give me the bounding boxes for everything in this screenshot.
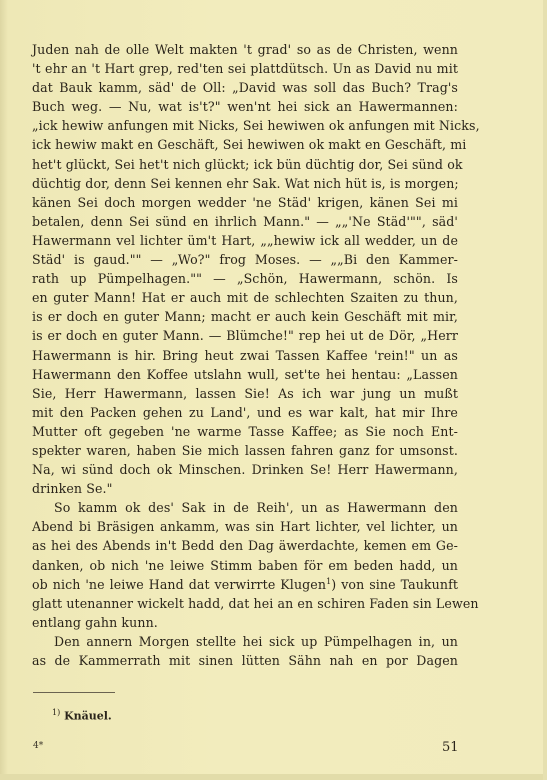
- text-line: Hawermann vel lichter üm't Hart, „„hewiw…: [32, 231, 458, 250]
- text-line: Mutter oft gegeben 'ne warme Tasse Kaffe…: [32, 422, 458, 441]
- text-line: is er doch en guter Mann. — Blümche!" re…: [32, 326, 458, 345]
- text-line: ick hewiw makt en Geschäft, Sei hewiwen …: [32, 135, 458, 154]
- footnote: 1) Knäuel.: [52, 708, 112, 723]
- text-line: is er doch en guter Mann; macht er auch …: [32, 307, 458, 326]
- body-text: Juden nah de olle Welt makten 't grad' s…: [32, 40, 458, 670]
- text-line: spekter waren, haben Sie mich lassen fah…: [32, 441, 458, 460]
- footnote-divider: [33, 692, 115, 693]
- text-line: het't glückt, Sei het't nich glückt; ick…: [32, 155, 458, 174]
- page-edge: [0, 774, 547, 780]
- text-line-head: ob nich 'ne leiwe Hand dat verwirrte Klu…: [32, 577, 326, 592]
- footnote-marker: 1): [52, 708, 60, 717]
- text-line: rath up Pümpelhagen."" — „Schön, Hawerma…: [32, 269, 458, 288]
- text-line: Städ' is gaud."" — „Wo?" frog Moses. — „…: [32, 250, 458, 269]
- text-line: Hawermann is hir. Bring heut zwai Tassen…: [32, 346, 458, 365]
- text-line: as hei des Abends in't Bedd den Dag äwer…: [32, 536, 458, 555]
- text-line: Den annern Morgen stellte hei sick up Pü…: [32, 632, 458, 651]
- text-line: Na, wi sünd doch ok Minschen. Drinken Se…: [32, 460, 458, 479]
- text-line: glatt utenanner wickelt hadd, dat hei an…: [32, 594, 458, 613]
- text-line: düchtig dor, denn Sei kennen ehr Sak. Wa…: [32, 174, 458, 193]
- text-line-tail: ) von sine Taukunft: [331, 577, 458, 592]
- text-line: Buch weg. — Nu, wat is't?" wen'nt hei si…: [32, 97, 458, 116]
- text-line: Abend bi Bräsigen ankamm, was sin Hart l…: [32, 517, 458, 536]
- text-line: drinken Se.": [32, 479, 458, 498]
- page-number: 51: [442, 740, 459, 755]
- text-line: So kamm ok des' Sak in de Reih', un as H…: [32, 498, 458, 517]
- text-line: entlang gahn kunn.: [32, 613, 458, 632]
- footnote-text: Knäuel.: [64, 710, 112, 723]
- text-line: betalen, denn Sei sünd en ihrlich Mann."…: [32, 212, 458, 231]
- text-line: „ick hewiw anfungen mit Nicks, Sei hewiw…: [32, 116, 458, 135]
- text-line: as de Kammerrath mit sinen lütten Sähn n…: [32, 651, 458, 670]
- text-line-with-footnote-ref: ob nich 'ne leiwe Hand dat verwirrte Klu…: [32, 575, 458, 594]
- text-line: dat Bauk kamm, säd' de Oll: „David was s…: [32, 78, 458, 97]
- text-line: en guter Mann! Hat er auch mit de schlec…: [32, 288, 458, 307]
- printer-signature-mark: 4*: [33, 741, 43, 751]
- text-line: Sie, Herr Hawermann, lassen Sie! As ich …: [32, 384, 458, 403]
- text-line: danken, ob nich 'ne leiwe Stimm baben fö…: [32, 556, 458, 575]
- text-line: mit den Packen gehen zu Land', und es wa…: [32, 403, 458, 422]
- text-line: Hawermann den Koffee utslahn wull, set't…: [32, 365, 458, 384]
- book-page: Juden nah de olle Welt makten 't grad' s…: [0, 0, 547, 780]
- text-line: Juden nah de olle Welt makten 't grad' s…: [32, 40, 458, 59]
- text-line: 't ehr an 't Hart grep, red'ten sei plat…: [32, 59, 458, 78]
- text-line: känen Sei doch morgen wedder 'ne Städ' k…: [32, 193, 458, 212]
